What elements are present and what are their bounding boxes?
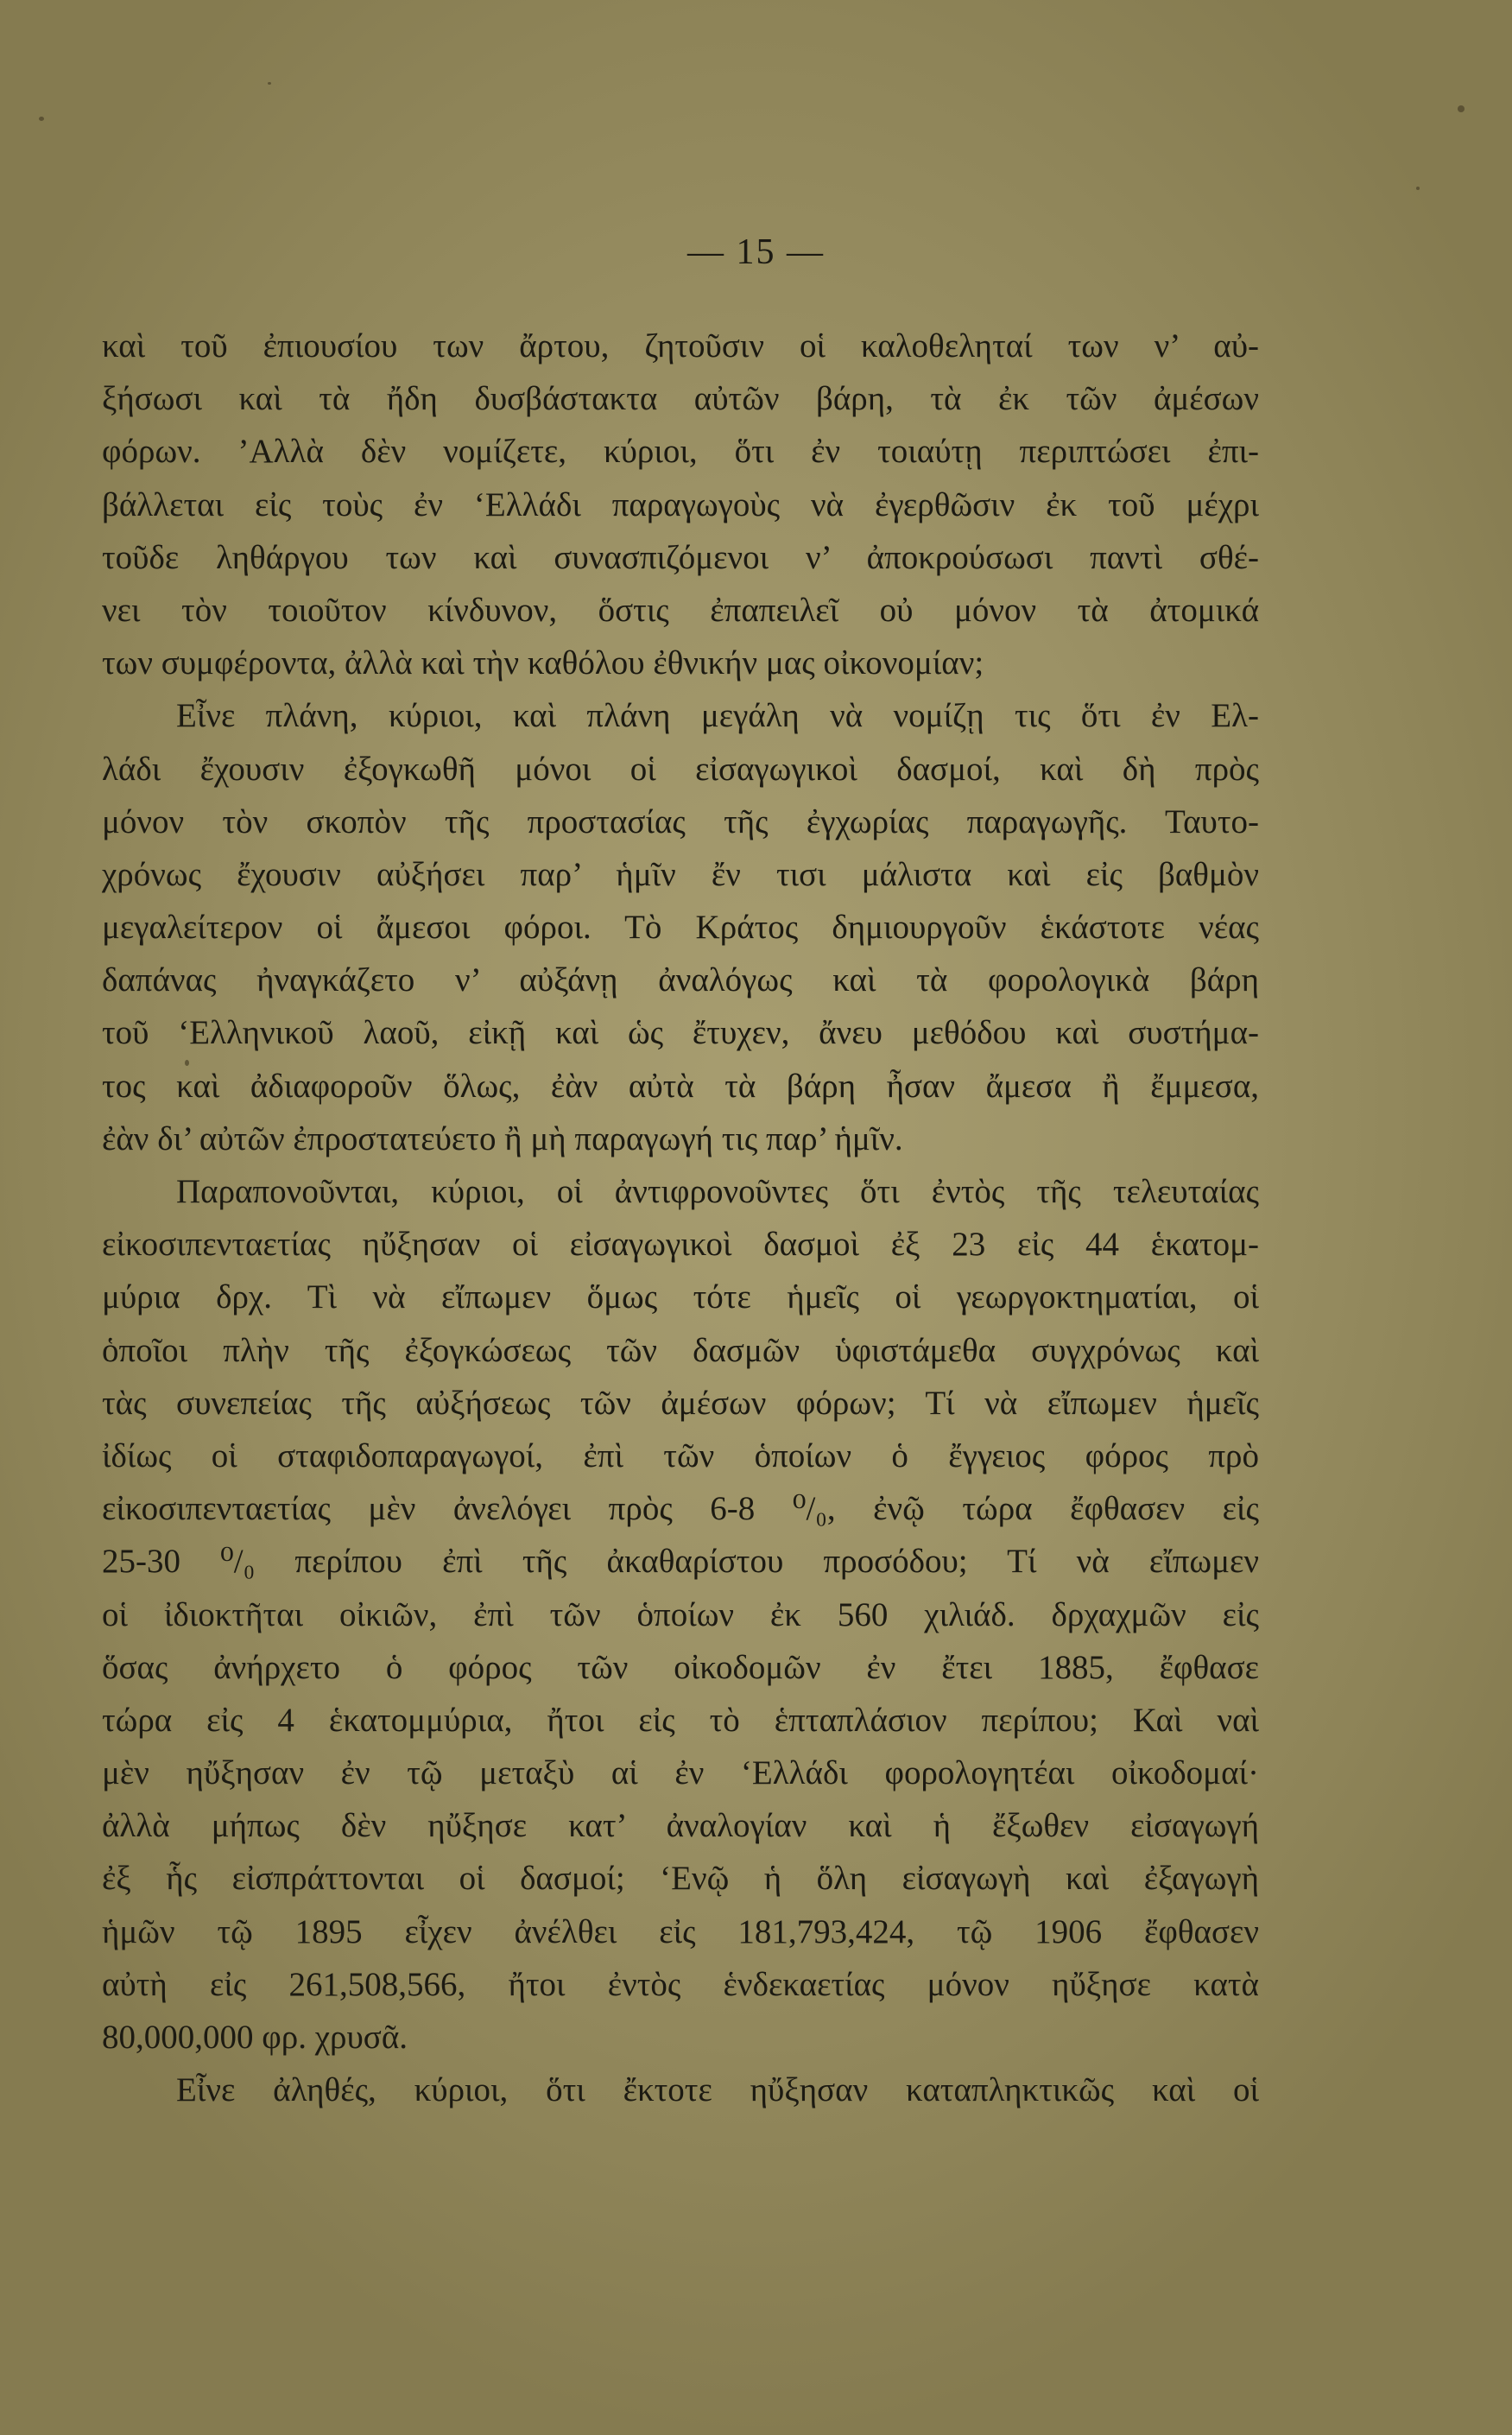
text-line: νει τὸν τοιοῦτον κίνδυνον, ὅστις ἐπαπειλ…: [102, 584, 1259, 637]
text-line: τοῦ ‘Ελληνικοῦ λαοῦ, εἰκῇ καὶ ὡς ἔτυχεν,…: [102, 1006, 1259, 1059]
text-line: μόνον τὸν σκοπὸν τῆς προστασίας τῆς ἐγχω…: [102, 796, 1259, 848]
paragraph: Παραπονοῦνται, κύριοι, οἱ ἀντιφρονοῦντες…: [102, 1165, 1259, 2064]
text-line: φόρων. ’Αλλὰ δὲν νομίζετε, κύριοι, ὅτι ἐ…: [102, 425, 1259, 478]
text-line: ἐὰν δι’ αὐτῶν ἐπροστατεύετο ἢ μὴ παραγωγ…: [102, 1113, 1259, 1165]
text-line: μὲν ηὔξησαν ἐν τῷ μεταξὺ αἱ ἐν ‘Ελλάδι φ…: [102, 1747, 1259, 1799]
paragraph: Εἶνε πλάνη, κύριοι, καὶ πλάνη μεγάλη νὰ …: [102, 689, 1259, 1165]
text-line: ὁποῖοι πλὴν τῆς ἐξογκώσεως τῶν δασμῶν ὑφ…: [102, 1324, 1259, 1377]
text-line: Παραπονοῦνται, κύριοι, οἱ ἀντιφρονοῦντες…: [102, 1165, 1259, 1218]
text-line: χρόνως ἔχουσιν αὐξήσει παρ’ ἡμῖν ἔν τισι…: [102, 848, 1259, 901]
text-line: αὐτὴ εἰς 261,508,566, ἤτοι ἐντὸς ἑνδεκαε…: [102, 1958, 1259, 2011]
text-line: οἱ ἰδιοκτῆται οἰκιῶν, ἐπὶ τῶν ὁποίων ἐκ …: [102, 1588, 1259, 1641]
text-line: δαπάνας ἠναγκάζετο ν’ αὐξάνῃ ἀναλόγως κα…: [102, 954, 1259, 1006]
text-line: λάδι ἔχουσιν ἐξογκωθῆ μόνοι οἱ εἰσαγωγικ…: [102, 743, 1259, 796]
text-line: τοῦδε ληθάργου των καὶ συνασπιζόμενοι ν’…: [102, 531, 1259, 584]
paper-speck: [1458, 105, 1465, 112]
text-line: μεγαλείτερον οἱ ἄμεσοι φόροι. Τὸ Κράτος …: [102, 901, 1259, 954]
text-line: των συμφέροντα, ἀλλὰ καὶ τὴν καθόλου ἐθν…: [102, 637, 1259, 689]
text-line: ἀλλὰ μήπως δὲν ηὔξησε κατ’ ἀναλογίαν καὶ…: [102, 1799, 1259, 1852]
text-line: εἰκοσιπενταετίας ηὔξησαν οἱ εἰσαγωγικοὶ …: [102, 1218, 1259, 1271]
paragraph: καὶ τοῦ ἐπιουσίου των ἄρτου, ζητοῦσιν οἱ…: [102, 320, 1259, 689]
body-text: καὶ τοῦ ἐπιουσίου των ἄρτου, ζητοῦσιν οἱ…: [102, 320, 1259, 2116]
text-line: 25-30 ⁰/₀ περίπου ἐπὶ τῆς ἀκαθαρίστου πρ…: [102, 1535, 1259, 1588]
text-line: Εἶνε ἀληθές, κύριοι, ὅτι ἔκτοτε ηὔξησαν …: [102, 2064, 1259, 2116]
text-line: ἐξ ἧς εἰσπράττονται οἱ δασμοί; ‘Ενῷ ἡ ὅλ…: [102, 1852, 1259, 1905]
text-line: 80,000,000 φρ. χρυσᾶ.: [102, 2011, 1259, 2064]
paragraph: Εἶνε ἀληθές, κύριοι, ὅτι ἔκτοτε ηὔξησαν …: [102, 2064, 1259, 2116]
text-line: εἰκοσιπενταετίας μὲν ἀνελόγει πρὸς 6-8 ⁰…: [102, 1482, 1259, 1535]
text-line: μύρια δρχ. Τὶ νὰ εἴπωμεν ὅμως τότε ἡμεῖς…: [102, 1271, 1259, 1323]
text-line: ἡμῶν τῷ 1895 εἶχεν ἀνέλθει εἰς 181,793,4…: [102, 1906, 1259, 1958]
text-line: τὰς συνεπείας τῆς αὐξήσεως τῶν ἀμέσων φό…: [102, 1377, 1259, 1430]
paper-speck: [1416, 187, 1420, 190]
text-line: ξήσωσι καὶ τὰ ἤδη δυσβάστακτα αὐτῶν βάρη…: [102, 372, 1259, 425]
page-number: — 15 —: [0, 231, 1512, 273]
text-line: Εἶνε πλάνη, κύριοι, καὶ πλάνη μεγάλη νὰ …: [102, 689, 1259, 742]
text-line: τώρα εἰς 4 ἑκατομμύρια, ἤτοι εἰς τὸ ἑπτα…: [102, 1694, 1259, 1747]
text-line: τος καὶ ἀδιαφοροῦν ὅλως, ἐὰν αὐτὰ τὰ βάρ…: [102, 1060, 1259, 1113]
text-line: ἰδίως οἱ σταφιδοπαραγωγοί, ἐπὶ τῶν ὁποίω…: [102, 1430, 1259, 1482]
text-line: βάλλεται εἰς τοὺς ἐν ‘Ελλάδι παραγωγοὺς …: [102, 479, 1259, 531]
text-line: καὶ τοῦ ἐπιουσίου των ἄρτου, ζητοῦσιν οἱ…: [102, 320, 1259, 372]
text-line: ὅσας ἀνήρχετο ὁ φόρος τῶν οἰκοδομῶν ἐν ἔ…: [102, 1641, 1259, 1694]
paper-speck: [268, 82, 271, 85]
paper-speck: [39, 117, 44, 121]
